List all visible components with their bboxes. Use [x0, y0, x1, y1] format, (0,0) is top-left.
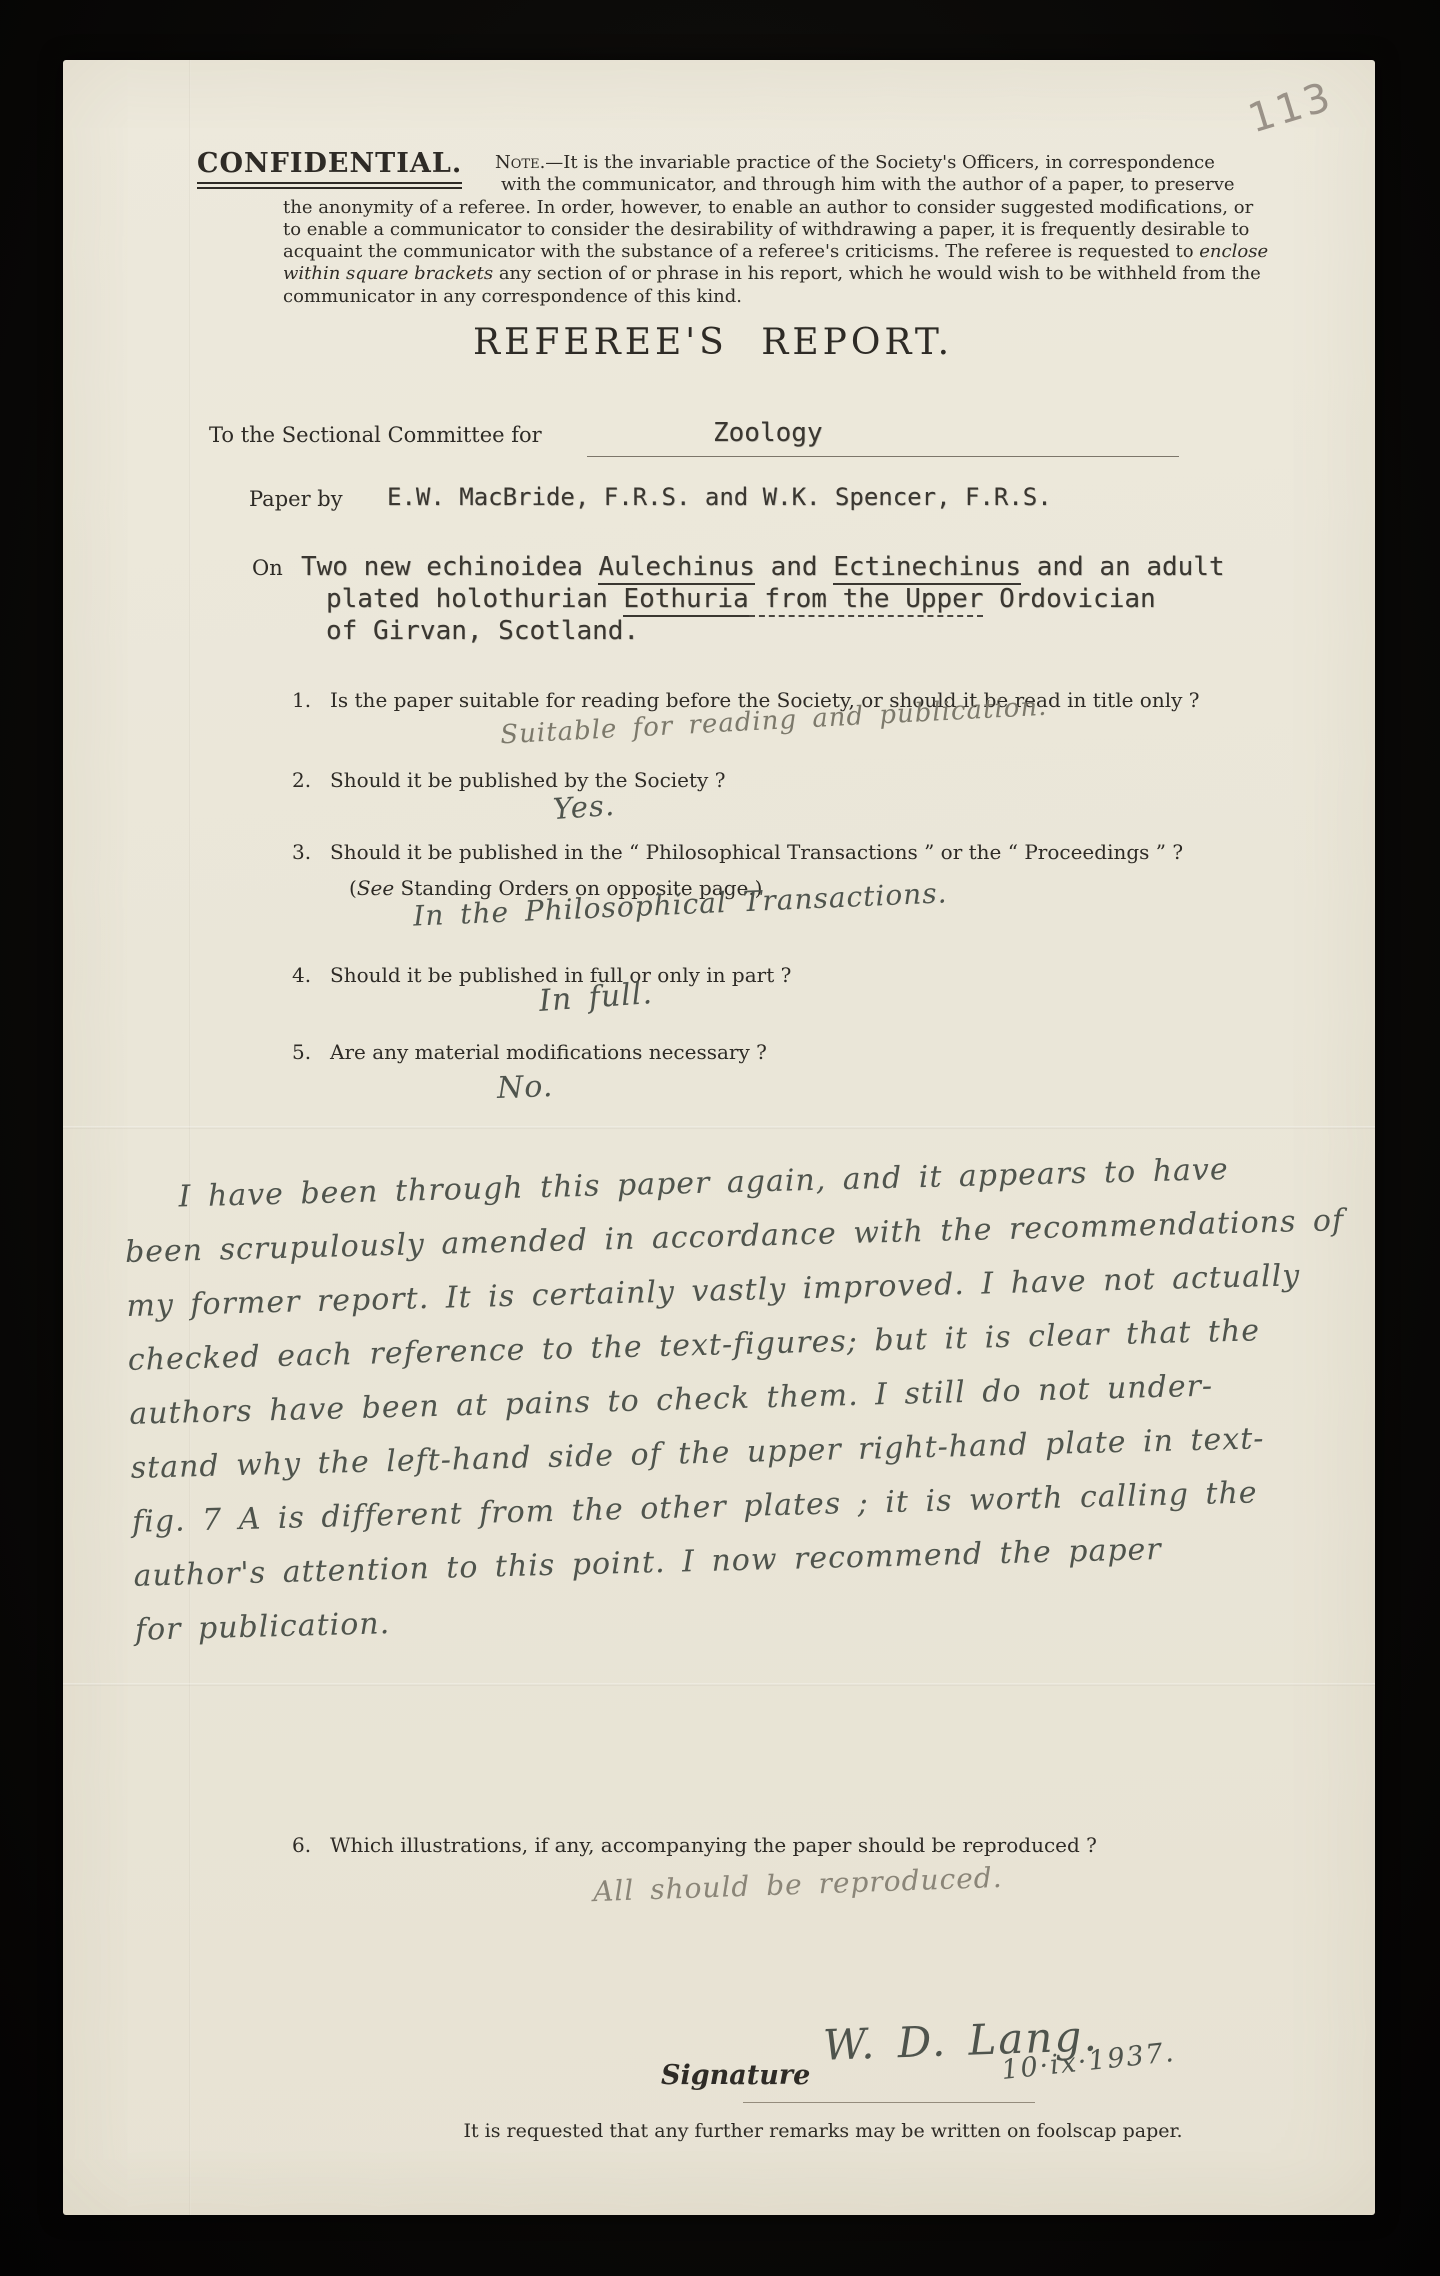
question-3-text: Should it be published in the “ Philosop…: [330, 840, 1183, 864]
signature-label: Signature: [661, 2060, 810, 2091]
question-6-text: Which illustrations, if any, accompanyin…: [330, 1833, 1097, 1857]
paper-title-line-2: plated holothurian Eothuria from the Upp…: [326, 584, 1156, 614]
question-4-number: 4.: [292, 963, 330, 987]
question-2: 2.Should it be published by the Society …: [292, 768, 725, 792]
paper-title-line-3: of Girvan, Scotland.: [326, 616, 639, 646]
note-lead: Note.: [495, 152, 545, 173]
genus-eothuria: Eothuria: [623, 584, 748, 617]
see-italic: See: [357, 876, 394, 900]
genus-aulechinus: Aulechinus: [598, 552, 755, 585]
note-line-3: the anonymity of a referee. In order, ho…: [283, 197, 1193, 219]
foolscap-footer-note: It is requested that any further remarks…: [453, 2120, 1193, 2142]
note-italic-square-brackets: within square brackets: [283, 263, 493, 284]
question-5-text: Are any material modifications necessary…: [330, 1040, 767, 1064]
form-title: REFEREE'S REPORT.: [83, 322, 1343, 363]
on-label: On: [252, 556, 283, 580]
underlined-from-the-upper: from the Upper: [749, 584, 984, 617]
answer-5-handwritten: No.: [496, 1069, 554, 1106]
paper-authors-typed: E.W. MacBride, F.R.S. and W.K. Spencer, …: [387, 483, 1052, 511]
note-line-2: with the communicator, and through him w…: [283, 174, 1193, 196]
vertical-fold-crease: [189, 60, 191, 2215]
pencil-page-number: 113: [1243, 74, 1338, 143]
horizontal-fold-crease-upper: [63, 1126, 1375, 1129]
note-line-5: acquaint the communicator with the subst…: [283, 241, 1193, 263]
question-6-number: 6.: [292, 1833, 330, 1857]
question-3-number: 3.: [292, 840, 330, 864]
note-italic-enclose: enclose: [1199, 241, 1268, 262]
signature-fill-line: [743, 2102, 1035, 2103]
note-line-4: to enable a communicator to consider the…: [283, 219, 1193, 241]
answer-6-handwritten: All should be reproduced.: [593, 1861, 1004, 1908]
question-3: 3.Should it be published in the “ Philos…: [292, 840, 1183, 864]
question-6: 6.Which illustrations, if any, accompany…: [292, 1833, 1097, 1857]
paper-title-line-1: Two new echinoidea Aulechinus and Ectine…: [301, 552, 1225, 582]
note-line-1: Note.—It is the invariable practice of t…: [283, 152, 1193, 174]
committee-label: To the Sectional Committee for: [209, 423, 542, 447]
referee-remarks-handwritten: I have been through this paper again, an…: [123, 1138, 1415, 1657]
answer-2-handwritten: Yes.: [552, 788, 616, 826]
horizontal-fold-crease-lower: [63, 1683, 1375, 1686]
referee-report-form: 113 CONFIDENTIAL. Note.—It is the invari…: [63, 60, 1375, 2215]
scan-background: 113 CONFIDENTIAL. Note.—It is the invari…: [0, 0, 1440, 2276]
question-5: 5.Are any material modifications necessa…: [292, 1040, 767, 1064]
committee-fill-line: [587, 456, 1179, 457]
paper-by-label: Paper by: [249, 487, 343, 511]
answer-4-handwritten: In full.: [538, 976, 654, 1019]
genus-ectinechinus: Ectinechinus: [833, 552, 1021, 585]
note-line-7: communicator in any correspondence of th…: [283, 286, 1193, 308]
question-2-text: Should it be published by the Society ?: [330, 768, 725, 792]
confidentiality-note: Note.—It is the invariable practice of t…: [283, 152, 1193, 308]
question-5-number: 5.: [292, 1040, 330, 1064]
question-1-number: 1.: [292, 688, 330, 712]
question-2-number: 2.: [292, 768, 330, 792]
committee-typed-value: Zoology: [713, 418, 823, 448]
note-line-6: within square brackets any section of or…: [283, 263, 1193, 285]
